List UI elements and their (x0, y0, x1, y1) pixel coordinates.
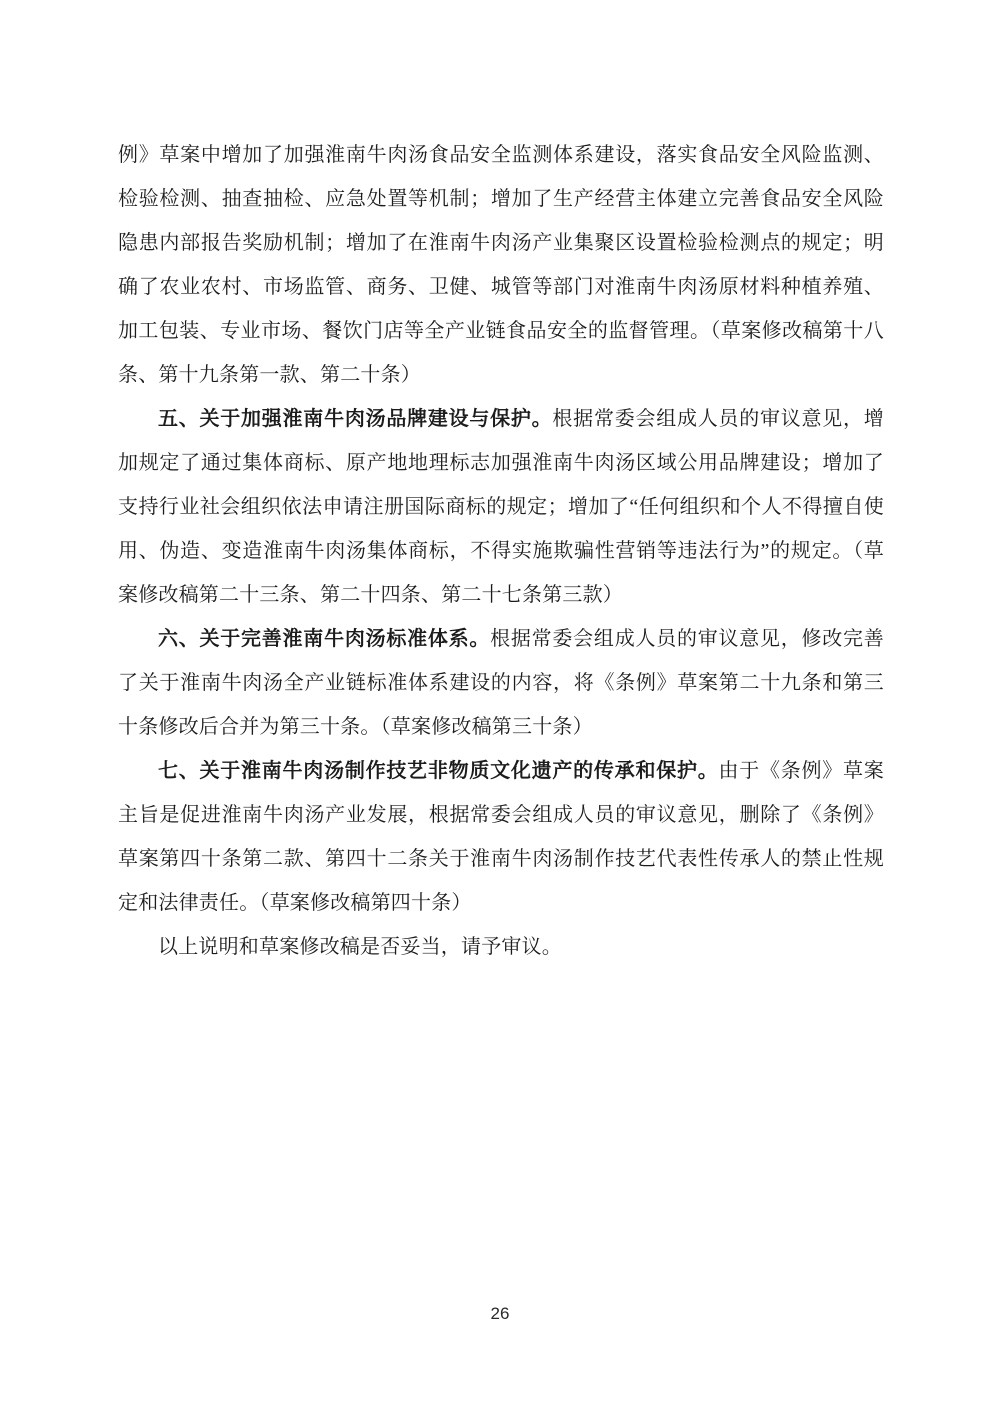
paragraph: 以上说明和草案修改稿是否妥当，请予审议。 (118, 925, 884, 969)
document-body: 例》草案中增加了加强淮南牛肉汤食品安全监测体系建设，落实食品安全风险监测、检验检… (118, 133, 884, 969)
section-heading: 五、关于加强淮南牛肉汤品牌建设与保护。 (158, 408, 552, 430)
document-page: 例》草案中增加了加强淮南牛肉汤食品安全监测体系建设，落实食品安全风险监测、检验检… (0, 0, 1000, 1415)
body-text-segment: 例》草案中增加了加强淮南牛肉汤食品安全监测体系建设，落实食品安全风险监测、检验检… (118, 144, 884, 386)
paragraph: 六、关于完善淮南牛肉汤标准体系。根据常委会组成人员的审议意见，修改完善了关于淮南… (118, 617, 884, 749)
paragraph: 五、关于加强淮南牛肉汤品牌建设与保护。根据常委会组成人员的审议意见，增加规定了通… (118, 397, 884, 617)
body-text-segment: 由于《条例》草案主旨是促进淮南牛肉汤产业发展，根据常委会组成人员的审议意见，删除… (118, 760, 884, 914)
body-text-segment: 以上说明和草案修改稿是否妥当，请予审议。 (158, 936, 562, 958)
section-heading: 七、关于淮南牛肉汤制作技艺非物质文化遗产的传承和保护。 (158, 760, 718, 782)
paragraph: 七、关于淮南牛肉汤制作技艺非物质文化遗产的传承和保护。由于《条例》草案主旨是促进… (118, 749, 884, 925)
section-heading: 六、关于完善淮南牛肉汤标准体系。 (158, 628, 490, 650)
page-number: 26 (0, 1302, 1000, 1326)
paragraph: 例》草案中增加了加强淮南牛肉汤食品安全监测体系建设，落实食品安全风险监测、检验检… (118, 133, 884, 397)
body-text-segment: 根据常委会组成人员的审议意见，增加规定了通过集体商标、原产地地理标志加强淮南牛肉… (118, 408, 884, 606)
